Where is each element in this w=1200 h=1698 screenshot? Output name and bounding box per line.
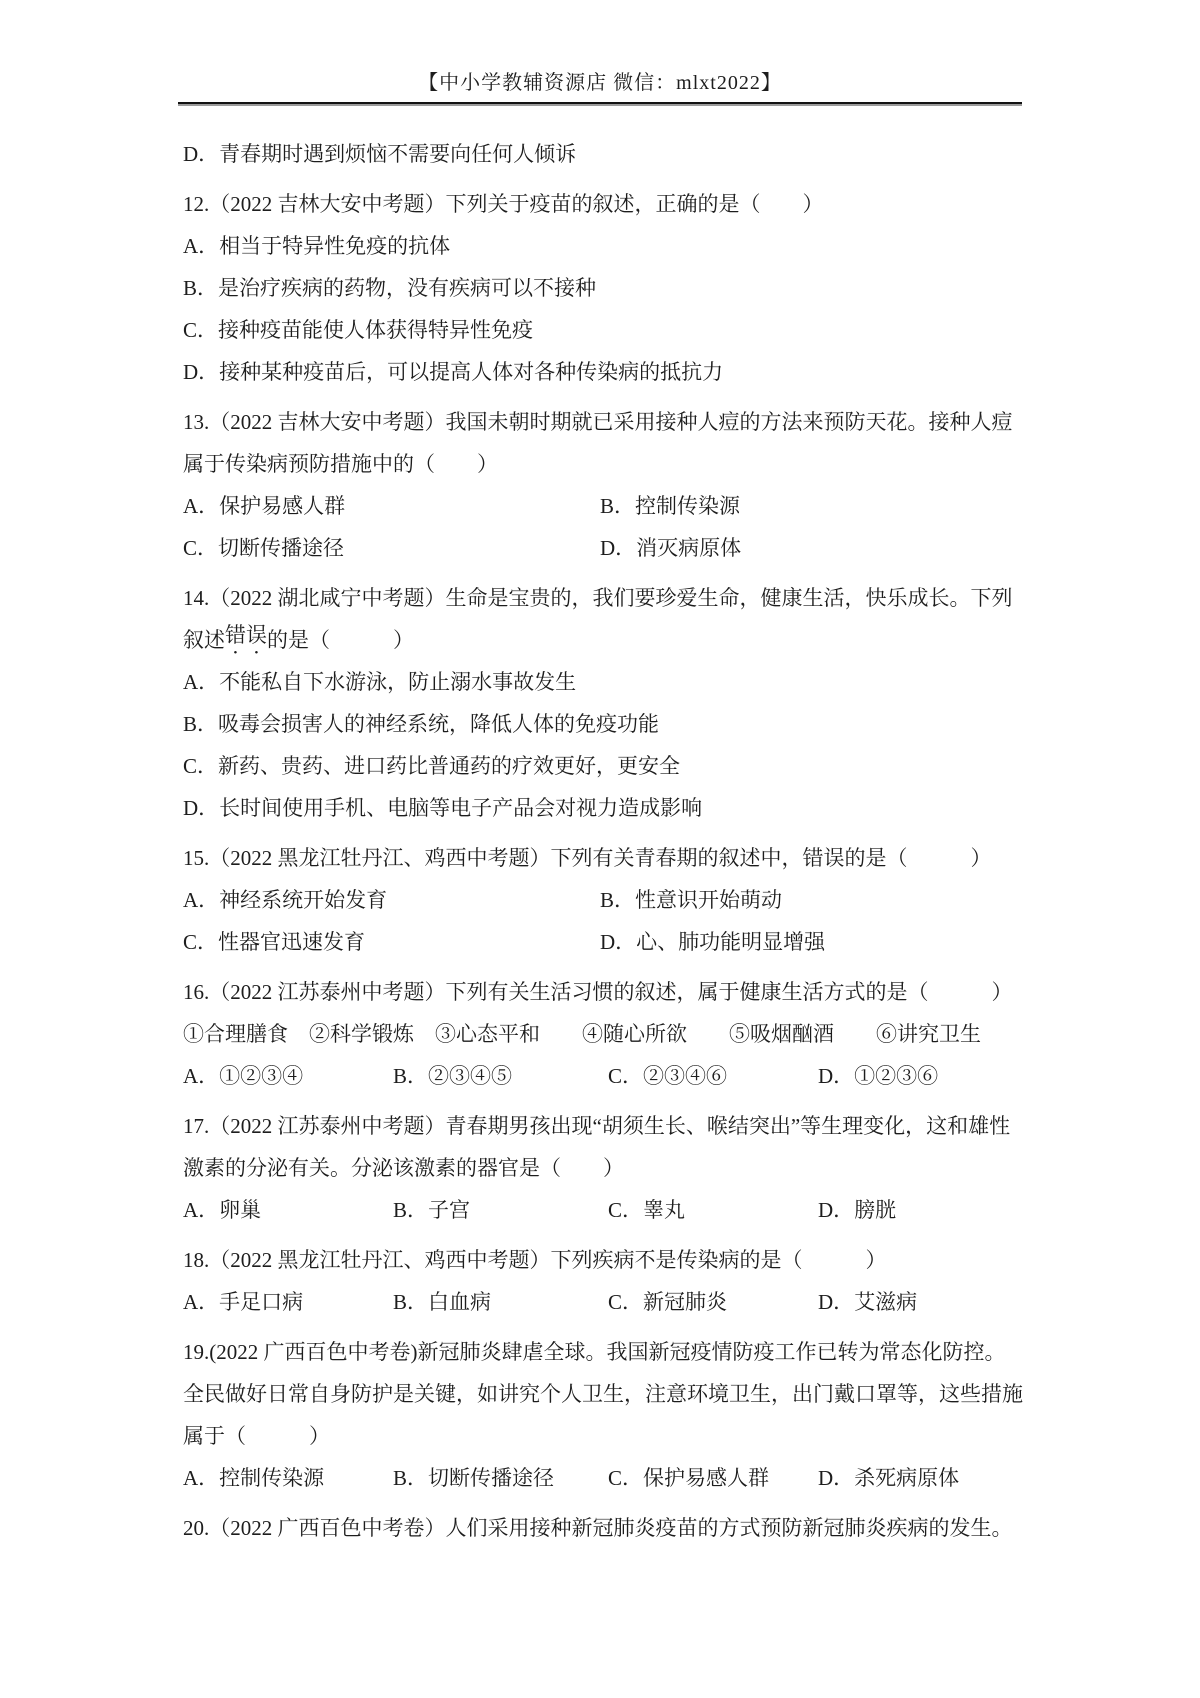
- question-12-option-b: B．是治疗疾病的药物，没有疾病可以不接种: [183, 266, 1040, 308]
- question-15-options-row1: A．神经系统开始发育 B．性意识开始萌动: [183, 878, 1040, 920]
- question-19-stem-line2: 全民做好日常自身防护是关键，如讲究个人卫生，注意环境卫生，出门戴口罩等，这些措施: [183, 1372, 1040, 1414]
- question-18-option-c: C．新冠肺炎: [608, 1286, 818, 1316]
- question-13-option-b: B．控制传染源: [600, 490, 1040, 520]
- question-16-options-row: A．①②③④ B．②③④⑤ C．②③④⑥ D．①②③⑥: [183, 1054, 1040, 1096]
- question-18-option-d: D．艾滋病: [818, 1286, 1040, 1316]
- question-14-option-b: B．吸毒会损害人的神经系统，降低人体的免疫功能: [183, 702, 1040, 744]
- question-19-option-a: A．控制传染源: [183, 1462, 393, 1492]
- exam-content: D．青春期时遇到烦恼不需要向任何人倾诉 12.（2022 吉林大安中考题）下列关…: [0, 104, 1200, 1548]
- question-19-option-b: B．切断传播途径: [393, 1462, 608, 1492]
- question-18-stem: 18.（2022 黑龙江牡丹江、鸡西中考题）下列疾病不是传染病的是（ ）: [183, 1238, 1040, 1280]
- question-13-options-row2: C．切断传播途径 D．消灭病原体: [183, 526, 1040, 568]
- question-16-option-c: C．②③④⑥: [608, 1060, 818, 1090]
- question-18-option-a: A．手足口病: [183, 1286, 393, 1316]
- question-18-option-b: B．白血病: [393, 1286, 608, 1316]
- header-banner: 【中小学教辅资源店 微信：mlxt2022】: [0, 0, 1200, 95]
- question-12-stem: 12.（2022 吉林大安中考题）下列关于疫苗的叙述，正确的是（ ）: [183, 182, 1040, 224]
- question-17-stem-line1: 17.（2022 江苏泰州中考题）青春期男孩出现“胡须生长、喉结突出”等生理变化…: [183, 1104, 1040, 1146]
- question-14-stem-line1: 14.（2022 湖北咸宁中考题）生命是宝贵的，我们要珍爱生命，健康生活，快乐成…: [183, 576, 1040, 618]
- question-17-options-row: A．卵巢 B．子宫 C．睾丸 D．膀胱: [183, 1188, 1040, 1230]
- question-15-options-row2: C．性器官迅速发育 D．心、肺功能明显增强: [183, 920, 1040, 962]
- question-19-stem-line3: 属于（ ）: [183, 1414, 1040, 1456]
- question-18-options-row: A．手足口病 B．白血病 C．新冠肺炎 D．艾滋病: [183, 1280, 1040, 1322]
- question-13-option-a: A．保护易感人群: [183, 490, 600, 520]
- question-19-option-d: D．杀死病原体: [818, 1462, 1040, 1492]
- question-13-options-row1: A．保护易感人群 B．控制传染源: [183, 484, 1040, 526]
- question-11-option-d: D．青春期时遇到烦恼不需要向任何人倾诉: [183, 132, 1040, 174]
- exam-document-page: 【中小学教辅资源店 微信：mlxt2022】 D．青春期时遇到烦恼不需要向任何人…: [0, 0, 1200, 1698]
- question-16-option-a: A．①②③④: [183, 1060, 393, 1090]
- question-14-option-c: C．新药、贵药、进口药比普通药的疗效更好，更安全: [183, 744, 1040, 786]
- question-12-option-d: D．接种某种疫苗后，可以提高人体对各种传染病的抵抗力: [183, 350, 1040, 392]
- question-15-option-b: B．性意识开始萌动: [600, 884, 1040, 914]
- question-15-stem: 15.（2022 黑龙江牡丹江、鸡西中考题）下列有关青春期的叙述中，错误的是（ …: [183, 836, 1040, 878]
- question-16-option-d: D．①②③⑥: [818, 1060, 1040, 1090]
- question-15-option-c: C．性器官迅速发育: [183, 926, 600, 956]
- question-19-stem-line1: 19.(2022 广西百色中考卷)新冠肺炎肆虐全球。我国新冠疫情防疫工作已转为常…: [183, 1330, 1040, 1372]
- question-17-option-a: A．卵巢: [183, 1194, 393, 1224]
- question-13-option-c: C．切断传播途径: [183, 532, 600, 562]
- question-14-option-a: A．不能私自下水游泳，防止溺水事故发生: [183, 660, 1040, 702]
- question-13-option-d: D．消灭病原体: [600, 532, 1040, 562]
- question-14-emphasized-word: 错误: [225, 619, 267, 659]
- question-13-stem-line2: 属于传染病预防措施中的（ ）: [183, 442, 1040, 484]
- question-17-option-c: C．睾丸: [608, 1194, 818, 1224]
- question-14-option-d: D．长时间使用手机、电脑等电子产品会对视力造成影响: [183, 786, 1040, 828]
- question-19-option-c: C．保护易感人群: [608, 1462, 818, 1492]
- question-15-option-a: A．神经系统开始发育: [183, 884, 600, 914]
- question-14-stem-line2-post: 的是（ ）: [267, 624, 414, 654]
- question-19-options-row: A．控制传染源 B．切断传播途径 C．保护易感人群 D．杀死病原体: [183, 1456, 1040, 1498]
- question-12-option-a: A．相当于特异性免疫的抗体: [183, 224, 1040, 266]
- question-15-option-d: D．心、肺功能明显增强: [600, 926, 1040, 956]
- question-17-option-d: D．膀胱: [818, 1194, 1040, 1224]
- question-13-stem-line1: 13.（2022 吉林大安中考题）我国未朝时期就已采用接种人痘的方法来预防天花。…: [183, 400, 1040, 442]
- question-16-numbered-items: ①合理膳食 ②科学锻炼 ③心态平和 ④随心所欲 ⑤吸烟酗酒 ⑥讲究卫生: [183, 1012, 1040, 1054]
- question-16-option-b: B．②③④⑤: [393, 1060, 608, 1090]
- question-14-stem-line2-pre: 叙述: [183, 624, 225, 654]
- question-20-stem: 20.（2022 广西百色中考卷）人们采用接种新冠肺炎疫苗的方式预防新冠肺炎疾病…: [183, 1506, 1040, 1548]
- question-12-option-c: C．接种疫苗能使人体获得特异性免疫: [183, 308, 1040, 350]
- question-16-stem: 16.（2022 江苏泰州中考题）下列有关生活习惯的叙述，属于健康生活方式的是（…: [183, 970, 1040, 1012]
- question-14-stem-line2: 叙述错误的是（ ）: [183, 618, 1040, 660]
- question-17-option-b: B．子宫: [393, 1194, 608, 1224]
- question-17-stem-line2: 激素的分泌有关。分泌该激素的器官是（ ）: [183, 1146, 1040, 1188]
